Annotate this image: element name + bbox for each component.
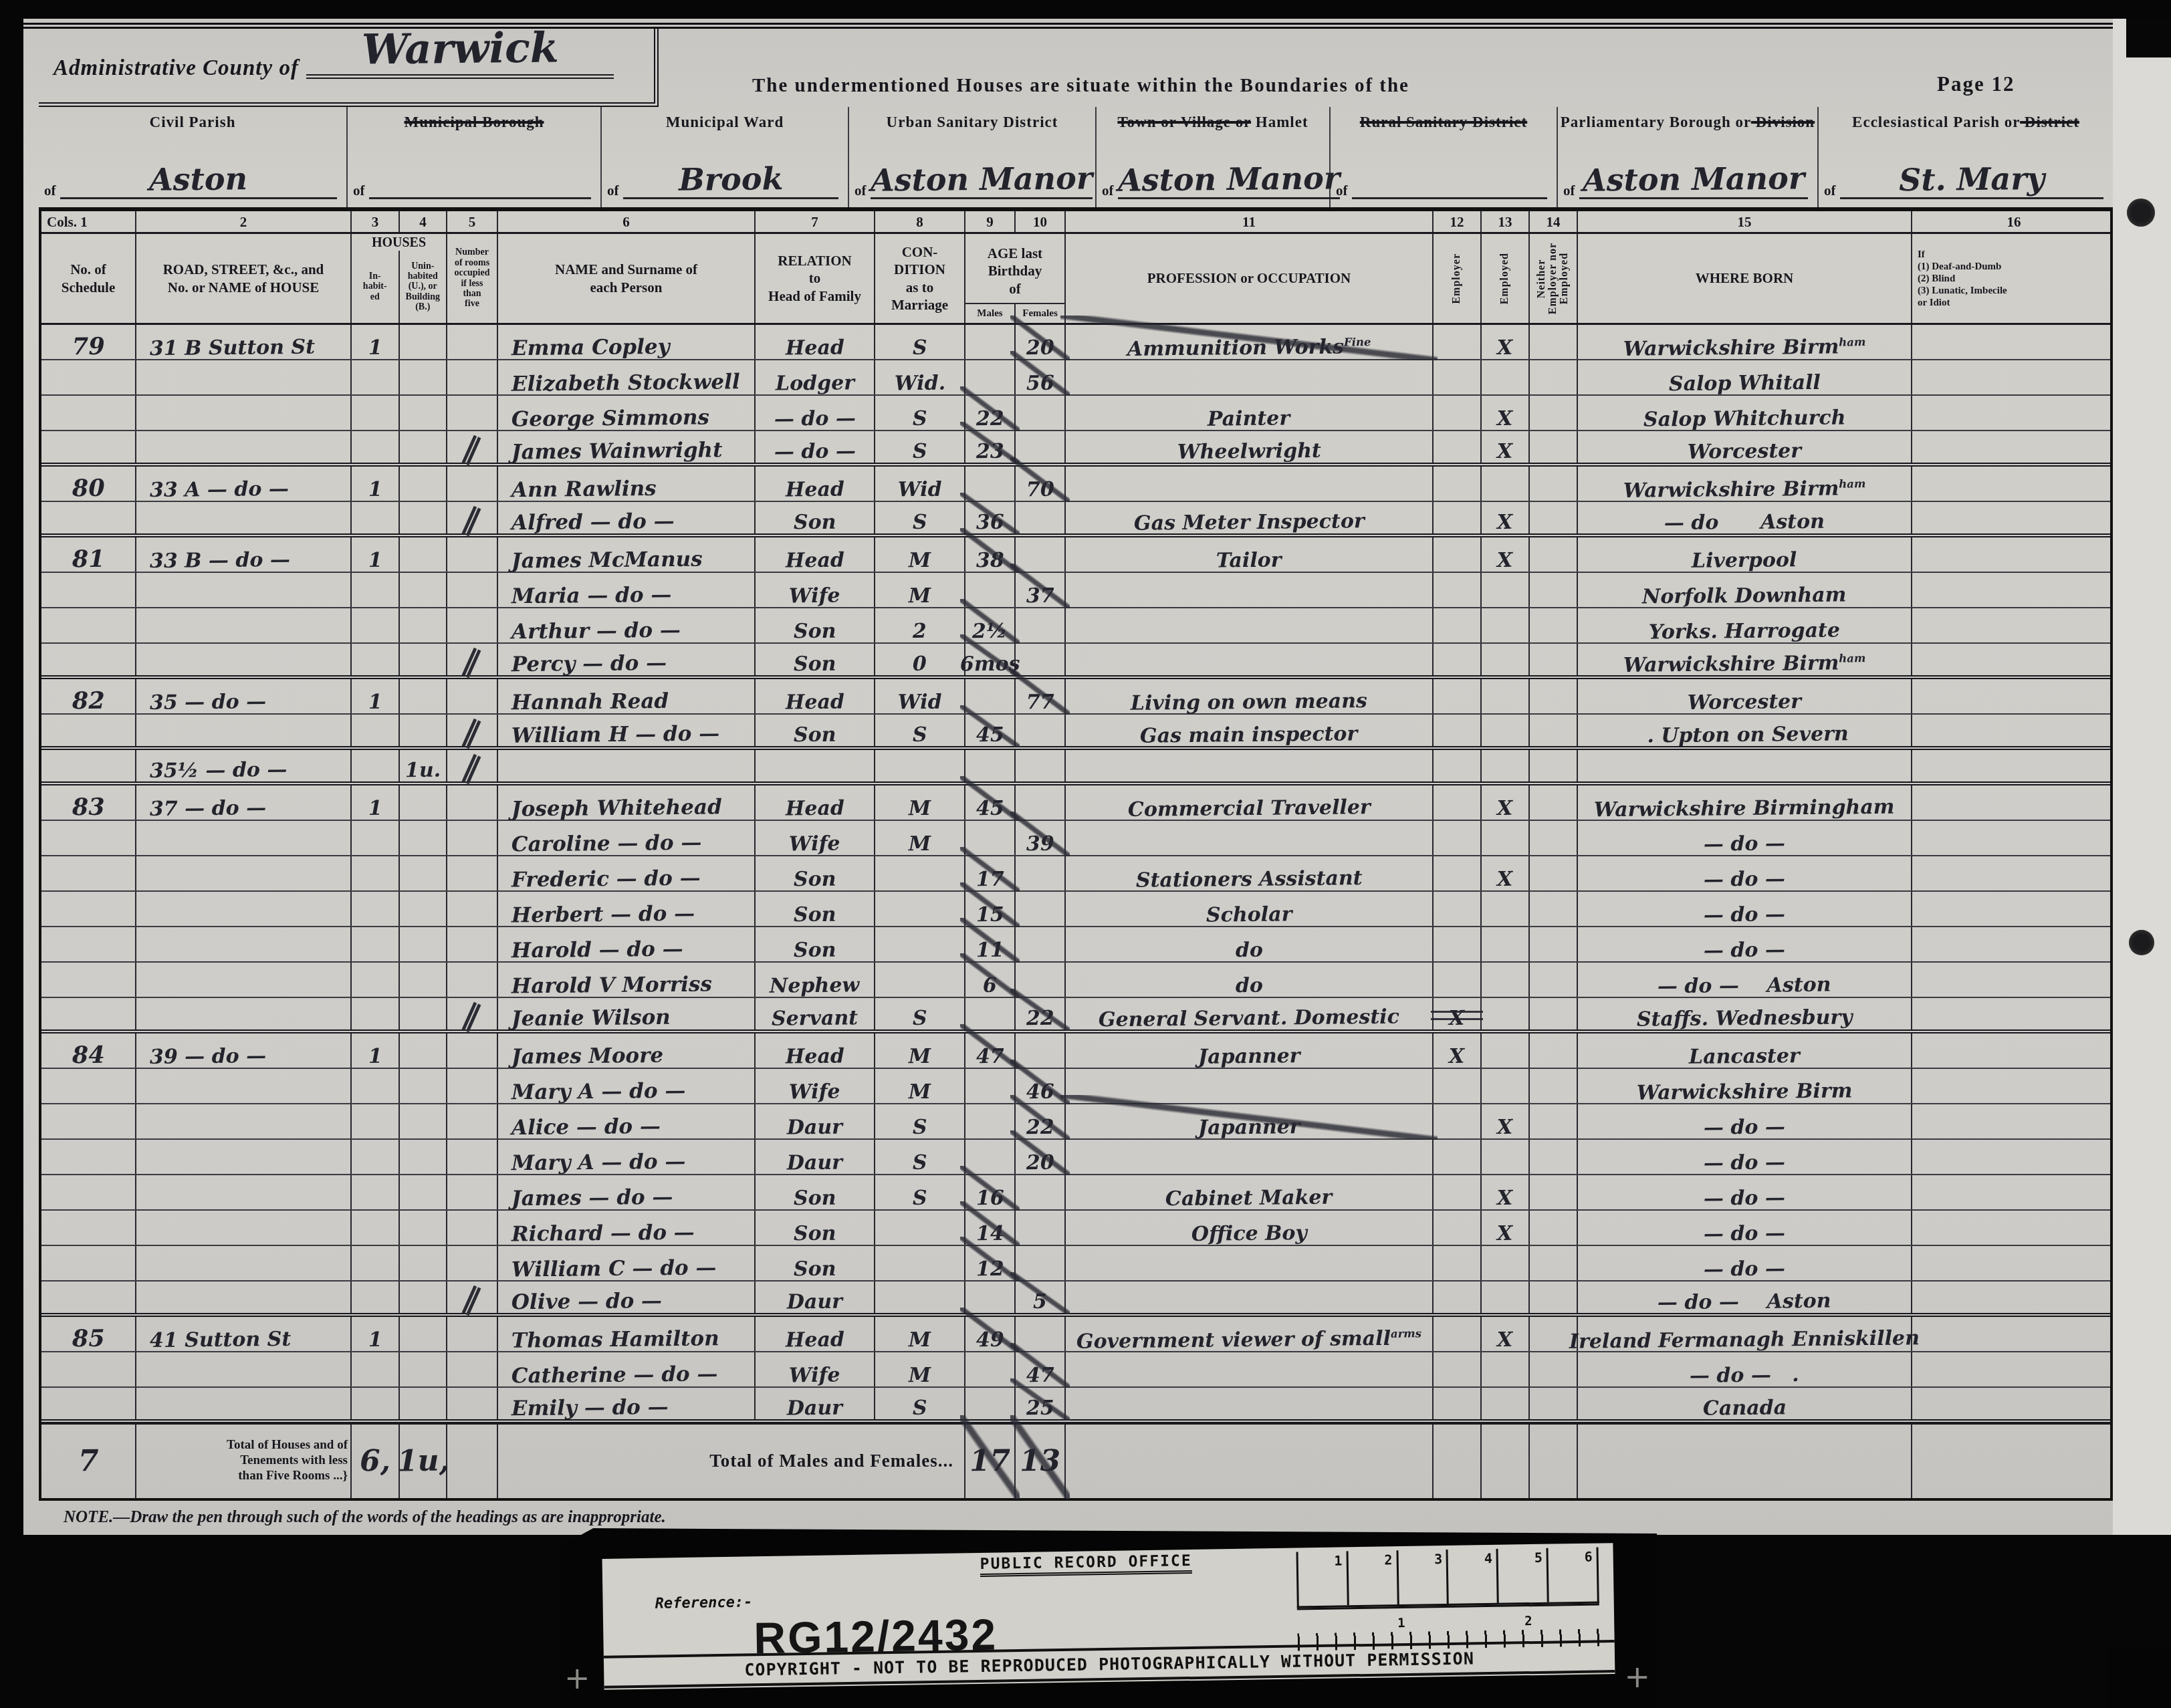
cell-age-female: 22	[1016, 998, 1066, 1029]
table-row: 8033 A — do —1Ann RawlinsHeadWid70Warwic…	[41, 467, 2110, 502]
ruler-cm-mark: 6	[1549, 1548, 1597, 1602]
ruler-inch-mark: 1	[1397, 1616, 1405, 1630]
cell-uninhabited	[400, 1282, 447, 1313]
cell-schedule	[41, 1104, 136, 1138]
cell-road	[136, 1140, 352, 1174]
cell-age-male: 2½	[965, 608, 1016, 642]
cell-rooms	[447, 785, 498, 820]
cell-occupation: Japanner	[1066, 1033, 1434, 1068]
cell-employed: X	[1482, 431, 1530, 463]
table-row: ∥Olive — do —Daur5— do — Aston	[41, 1282, 2110, 1317]
district-value	[369, 185, 592, 199]
cell-age-female: 37	[1016, 573, 1066, 607]
cell-inhabited	[352, 1104, 400, 1138]
household-tick-mark: ∥	[459, 749, 486, 787]
cell-age-male	[965, 750, 1016, 781]
total-males-females-label: Total of Males and Females...	[498, 1425, 965, 1498]
cell-occupation	[1066, 1140, 1434, 1174]
cell-employer	[1434, 679, 1482, 713]
column-number: 7	[756, 211, 875, 232]
cell-employer	[1434, 856, 1482, 890]
cell-employed: X	[1482, 396, 1530, 430]
cell-inhabited	[352, 1352, 400, 1386]
cell-age-male: 22	[965, 396, 1016, 430]
column-number: 3	[352, 211, 400, 232]
cell-occupation: Gas main inspector	[1066, 715, 1434, 746]
cell-uninhabited	[400, 998, 447, 1029]
column-number: Cols. 1	[41, 211, 136, 232]
cell-age-female: 77	[1016, 679, 1066, 713]
cell-where-born: — do —	[1578, 1140, 1912, 1174]
table-row: 8235 — do —1Hannah ReadHeadWid77Living o…	[41, 679, 2110, 715]
cell-condition: S	[875, 1104, 965, 1138]
cell-condition: 0	[875, 644, 965, 675]
cell-occupation: do	[1066, 963, 1434, 997]
table-row: 35½ — do —1u.∥	[41, 750, 2110, 785]
cell-where-born: Staffs. Wednesbury	[1578, 998, 1912, 1029]
cell-relation	[756, 750, 875, 781]
cell-inhabited	[352, 1388, 400, 1419]
header-employed: Employed	[1482, 234, 1530, 323]
cell-condition	[875, 892, 965, 926]
cell-employed	[1482, 821, 1530, 855]
cell-rooms	[447, 1140, 498, 1174]
cell-schedule	[41, 360, 136, 394]
cell-uninhabited: 1u.	[400, 750, 447, 781]
header-employer: Employer	[1434, 234, 1482, 323]
county-value: Warwick	[306, 24, 614, 79]
cell-age-female	[1016, 856, 1066, 890]
cell-where-born: Yorks. Harrogate	[1578, 608, 1912, 642]
cell-infirmity	[1912, 1352, 2116, 1386]
cell-schedule: 85	[41, 1317, 136, 1351]
cell-road	[136, 1388, 352, 1419]
cell-infirmity	[1912, 502, 2116, 533]
total-houses-label: Total of Houses and of Tenements with le…	[136, 1425, 352, 1498]
cell-employed	[1482, 1388, 1530, 1419]
cell-neither	[1530, 502, 1578, 533]
cell-occupation: Office Boy	[1066, 1211, 1434, 1245]
cell-occupation: Cabinet Maker	[1066, 1175, 1434, 1209]
cell-employer	[1434, 1317, 1482, 1351]
cell-uninhabited	[400, 1104, 447, 1138]
district-value: St. Mary	[1840, 161, 2104, 199]
district-header-row: Civil ParishofAstonMunicipal BoroughofMu…	[39, 107, 2113, 207]
cell-relation: Head	[756, 679, 875, 713]
cell-uninhabited	[400, 502, 447, 533]
cell-relation: Son	[756, 856, 875, 890]
cell-where-born: Lancaster	[1578, 1033, 1912, 1068]
cell-age-female: 25	[1016, 1388, 1066, 1419]
cell-road	[136, 573, 352, 607]
cell-rooms	[447, 1069, 498, 1103]
cell-infirmity	[1912, 1211, 2116, 1245]
cell-occupation: Scholar	[1066, 892, 1434, 926]
cell-rooms	[447, 537, 498, 572]
cell-age-female	[1016, 715, 1066, 746]
cell-name: Harold V Morriss	[498, 963, 756, 997]
cell-schedule: 83	[41, 785, 136, 820]
cell-age-male	[965, 573, 1016, 607]
census-table: Cols. 12345678910111213141516 No. of Sch…	[39, 207, 2113, 1501]
table-row: ∥Alfred — do —SonS36Gas Meter InspectorX…	[41, 502, 2110, 537]
cell-where-born: Salop Whitall	[1578, 360, 1912, 394]
cell-infirmity	[1912, 573, 2116, 607]
cell-age-male	[965, 1104, 1016, 1138]
cell-road	[136, 1352, 352, 1386]
cell-relation: Son	[756, 927, 875, 961]
cell-schedule	[41, 1352, 136, 1386]
cell-name: George Simmons	[498, 396, 756, 430]
cell-relation: Son	[756, 892, 875, 926]
cell-rooms: ∥	[447, 1282, 498, 1313]
cell-name: Herbert — do —	[498, 892, 756, 926]
punch-hole	[2127, 199, 2155, 227]
cell-infirmity	[1912, 467, 2116, 501]
cell-age-male: 47	[965, 1033, 1016, 1068]
cell-relation: Wife	[756, 821, 875, 855]
cell-age-male	[965, 1388, 1016, 1419]
cell-schedule	[41, 608, 136, 642]
cell-occupation	[1066, 1282, 1434, 1313]
cell-employed	[1482, 998, 1530, 1029]
district-label: Ecclesiastical Parish or District	[1819, 114, 2113, 131]
cell-age-male: 36	[965, 502, 1016, 533]
cell-employer	[1434, 927, 1482, 961]
cell-uninhabited	[400, 431, 447, 463]
cell-road	[136, 1211, 352, 1245]
cell-schedule: 82	[41, 679, 136, 713]
cell-neither	[1530, 998, 1578, 1029]
column-number: 12	[1434, 211, 1482, 232]
cell-neither	[1530, 785, 1578, 820]
cell-schedule: 84	[41, 1033, 136, 1068]
cell-relation: Head	[756, 1033, 875, 1068]
cell-employer	[1434, 608, 1482, 642]
cell-condition: M	[875, 537, 965, 572]
cell-employed	[1482, 750, 1530, 781]
cell-schedule	[41, 715, 136, 746]
cell-employed	[1482, 608, 1530, 642]
column-number: 11	[1066, 211, 1434, 232]
cell-inhabited: 1	[352, 325, 400, 359]
cell-name	[498, 750, 756, 781]
column-number: 2	[136, 211, 352, 232]
cell-age-male: 17	[965, 856, 1016, 890]
cell-employed: X	[1482, 1175, 1530, 1209]
cell-neither	[1530, 927, 1578, 961]
ruler-cm-mark: 4	[1448, 1549, 1499, 1604]
cell-relation: Daur	[756, 1104, 875, 1138]
cell-road	[136, 715, 352, 746]
cell-neither	[1530, 1352, 1578, 1386]
cell-schedule	[41, 1246, 136, 1280]
cell-condition: M	[875, 573, 965, 607]
cell-age-female	[1016, 963, 1066, 997]
column-number: 13	[1482, 211, 1530, 232]
cell-age-female: 70	[1016, 467, 1066, 501]
cell-uninhabited	[400, 1317, 447, 1351]
cell-infirmity	[1912, 360, 2116, 394]
district-value: Aston Manor	[1118, 161, 1340, 199]
cell-rooms	[447, 856, 498, 890]
cell-rooms	[447, 1033, 498, 1068]
ruler-cm-mark: 1	[1298, 1551, 1349, 1606]
table-row: ∥James Wainwright— do —S23WheelwrightXWo…	[41, 431, 2110, 467]
cell-relation: Daur	[756, 1388, 875, 1419]
cell-infirmity	[1912, 679, 2116, 713]
cell-road	[136, 1069, 352, 1103]
cell-schedule	[41, 396, 136, 430]
table-row: Catherine — do —WifeM47— do — .	[41, 1352, 2110, 1388]
cell-employer	[1434, 467, 1482, 501]
cell-infirmity	[1912, 821, 2116, 855]
cell-age-female: 39	[1016, 821, 1066, 855]
cell-condition: Wid.	[875, 360, 965, 394]
cell-schedule	[41, 963, 136, 997]
total-inhabited: 6,	[352, 1425, 400, 1498]
cell-where-born: Warwickshire Birmham	[1578, 644, 1912, 675]
cell-inhabited	[352, 1140, 400, 1174]
cell-road: 37 — do —	[136, 785, 352, 820]
district-of-label: of	[1102, 182, 1114, 199]
cell-age-female	[1016, 1175, 1066, 1209]
total-occupation	[1066, 1425, 1434, 1498]
cell-relation: Head	[756, 537, 875, 572]
cell-employed	[1482, 715, 1530, 746]
cell-where-born: — do — .	[1578, 1352, 1912, 1386]
cell-uninhabited	[400, 1033, 447, 1068]
cell-age-male: 12	[965, 1246, 1016, 1280]
cell-neither	[1530, 537, 1578, 572]
situate-text: The undermentioned Houses are situate wi…	[752, 75, 1409, 97]
cell-infirmity	[1912, 1246, 2116, 1280]
cell-age-male	[965, 1140, 1016, 1174]
cell-age-male: 6	[965, 963, 1016, 997]
cell-employer	[1434, 360, 1482, 394]
cell-inhabited	[352, 821, 400, 855]
table-row: 8337 — do —1Joseph WhiteheadHeadM45Comme…	[41, 785, 2110, 821]
cell-infirmity	[1912, 431, 2116, 463]
table-row: 8541 Sutton St1Thomas HamiltonHeadM49Gov…	[41, 1317, 2110, 1352]
cell-rooms: ∥	[447, 502, 498, 533]
cell-employer	[1434, 1104, 1482, 1138]
cell-age-female: 56	[1016, 360, 1066, 394]
cell-rooms	[447, 573, 498, 607]
cell-uninhabited	[400, 856, 447, 890]
cell-employed	[1482, 892, 1530, 926]
county-label: Administrative County of	[53, 56, 299, 81]
cell-occupation: Commercial Traveller	[1066, 785, 1434, 820]
cell-name: James McManus	[498, 537, 756, 572]
cell-name: Mary A — do —	[498, 1069, 756, 1103]
cell-where-born: — do —	[1578, 1246, 1912, 1280]
cell-occupation	[1066, 573, 1434, 607]
table-row: James — do —SonS16Cabinet MakerX— do —	[41, 1175, 2110, 1211]
district-section: Ecclesiastical Parish or DistrictofSt. M…	[1819, 107, 2113, 207]
scan-right-margin	[2113, 19, 2171, 1535]
header-infirmity: If (1) Deaf-and-Dumb (2) Blind (3) Lunat…	[1912, 234, 2116, 323]
household-tick-mark: ∥	[459, 431, 486, 468]
cell-road	[136, 821, 352, 855]
cell-inhabited	[352, 1282, 400, 1313]
cell-age-female: 5	[1016, 1282, 1066, 1313]
cell-neither	[1530, 821, 1578, 855]
district-of-label: of	[44, 182, 56, 199]
cell-neither	[1530, 892, 1578, 926]
cell-infirmity	[1912, 1175, 2116, 1209]
cell-schedule	[41, 892, 136, 926]
cell-where-born: — do —	[1578, 927, 1912, 961]
cell-road	[136, 892, 352, 926]
column-number: 4	[400, 211, 447, 232]
cell-road: 35½ — do —	[136, 750, 352, 781]
cell-inhabited	[352, 1069, 400, 1103]
cell-condition: M	[875, 821, 965, 855]
cell-name: William H — do —	[498, 715, 756, 746]
district-value: Aston	[60, 161, 338, 199]
cell-where-born: — do —	[1578, 856, 1912, 890]
cell-relation: Head	[756, 325, 875, 359]
district-label: Civil Parish	[39, 114, 346, 131]
cell-name: James — do —	[498, 1175, 756, 1209]
cell-age-female	[1016, 1033, 1066, 1068]
table-row: Emily — do —DaurS25Canada	[41, 1388, 2110, 1423]
cell-inhabited: 1	[352, 785, 400, 820]
cell-employer	[1434, 1352, 1482, 1386]
cell-employer	[1434, 1282, 1482, 1313]
cell-where-born: Warwickshire Birmham	[1578, 325, 1912, 359]
cell-uninhabited	[400, 325, 447, 359]
total-rooms	[447, 1425, 498, 1498]
cell-name: Alfred — do —	[498, 502, 756, 533]
cell-employer	[1434, 644, 1482, 675]
public-record-office-label: PUBLIC RECORD OFFICE	[980, 1552, 1192, 1577]
cell-uninhabited	[400, 1140, 447, 1174]
cell-where-born: — do —	[1578, 1175, 1912, 1209]
cell-age-male	[965, 325, 1016, 359]
column-number: 10	[1016, 211, 1066, 232]
cell-age-male	[965, 998, 1016, 1029]
district-label: Urban Sanitary District	[849, 114, 1095, 131]
cell-employer	[1434, 1388, 1482, 1419]
cell-road: 31 B Sutton St	[136, 325, 352, 359]
cell-uninhabited	[400, 1246, 447, 1280]
cell-uninhabited	[400, 1175, 447, 1209]
cell-uninhabited	[400, 821, 447, 855]
cell-rooms	[447, 963, 498, 997]
cell-rooms: ∥	[447, 750, 498, 781]
cell-relation: Head	[756, 467, 875, 501]
scan-edge-mark	[2126, 19, 2171, 57]
cell-rooms: ∥	[447, 715, 498, 746]
cell-age-female	[1016, 608, 1066, 642]
cell-relation: Son	[756, 644, 875, 675]
cell-rooms	[447, 1175, 498, 1209]
cell-where-born: Warwickshire Birm	[1578, 1069, 1912, 1103]
cell-uninhabited	[400, 785, 447, 820]
column-number: 14	[1530, 211, 1578, 232]
table-row: Harold — do —Son11do— do —	[41, 927, 2110, 963]
cell-occupation	[1066, 467, 1434, 501]
cell-age-male: 16	[965, 1175, 1016, 1209]
cell-occupation: Government viewer of smallarms	[1066, 1317, 1434, 1351]
cell-age-male: 38	[965, 537, 1016, 572]
cell-employer	[1434, 1246, 1482, 1280]
cell-name: Hannah Read	[498, 679, 756, 713]
cell-age-female	[1016, 537, 1066, 572]
cell-schedule	[41, 856, 136, 890]
cell-occupation	[1066, 1069, 1434, 1103]
cell-age-male	[965, 360, 1016, 394]
ruler-cm-mark: 2	[1348, 1550, 1399, 1605]
cell-condition: S	[875, 502, 965, 533]
cell-condition: S	[875, 1140, 965, 1174]
column-headers-row: No. of Schedule ROAD, STREET, &c., and N…	[41, 234, 2110, 325]
cell-employer	[1434, 750, 1482, 781]
cell-name: Emily — do —	[498, 1388, 756, 1419]
cell-condition: M	[875, 1069, 965, 1103]
cell-rooms	[447, 927, 498, 961]
cell-condition: M	[875, 1033, 965, 1068]
registration-mark: +	[1624, 1659, 1650, 1695]
cell-age-female	[1016, 1246, 1066, 1280]
cell-age-male	[965, 1069, 1016, 1103]
cell-age-male	[965, 1352, 1016, 1386]
table-row: ∥Percy — do —Son06mosWarwickshire Birmha…	[41, 644, 2110, 679]
household-tick-mark: ∥	[459, 997, 486, 1035]
cell-employed	[1482, 1246, 1530, 1280]
cell-inhabited	[352, 715, 400, 746]
cell-relation: Nephew	[756, 963, 875, 997]
district-label: Parliamentary Borough or Division	[1558, 114, 1817, 131]
cell-employer	[1434, 785, 1482, 820]
cell-road	[136, 927, 352, 961]
cell-infirmity	[1912, 1282, 2116, 1313]
column-number: 15	[1578, 211, 1912, 232]
cell-name: Olive — do —	[498, 1282, 756, 1313]
cell-rooms	[447, 1211, 498, 1245]
cell-condition	[875, 750, 965, 781]
cell-occupation: Stationers Assistant	[1066, 856, 1434, 890]
cell-where-born: Salop Whitchurch	[1578, 396, 1912, 430]
table-row: Richard — do —Son14Office BoyX— do —	[41, 1211, 2110, 1246]
header-where-born: WHERE BORN	[1578, 234, 1912, 323]
cell-relation: Wife	[756, 573, 875, 607]
cell-neither	[1530, 679, 1578, 713]
table-row: Mary A — do —DaurS20— do —	[41, 1140, 2110, 1175]
cell-inhabited	[352, 998, 400, 1029]
cell-employer	[1434, 431, 1482, 463]
column-number: 16	[1912, 211, 2116, 232]
cell-employed: X	[1482, 502, 1530, 533]
cell-infirmity	[1912, 1140, 2116, 1174]
cell-condition	[875, 927, 965, 961]
cell-age-male	[965, 467, 1016, 501]
cell-infirmity	[1912, 1069, 2116, 1103]
cell-schedule	[41, 431, 136, 463]
cell-inhabited	[352, 644, 400, 675]
total-infirmity	[1912, 1425, 2116, 1498]
totals-row: 7 Total of Houses and of Tenements with …	[41, 1423, 2110, 1498]
cell-inhabited: 1	[352, 679, 400, 713]
table-row: George Simmons— do —S22PainterXSalop Whi…	[41, 396, 2110, 431]
cell-uninhabited	[400, 573, 447, 607]
cell-uninhabited	[400, 715, 447, 746]
total-where-born	[1578, 1425, 1912, 1498]
header-inhabited: In- habit- ed	[352, 251, 398, 323]
cell-uninhabited	[400, 360, 447, 394]
